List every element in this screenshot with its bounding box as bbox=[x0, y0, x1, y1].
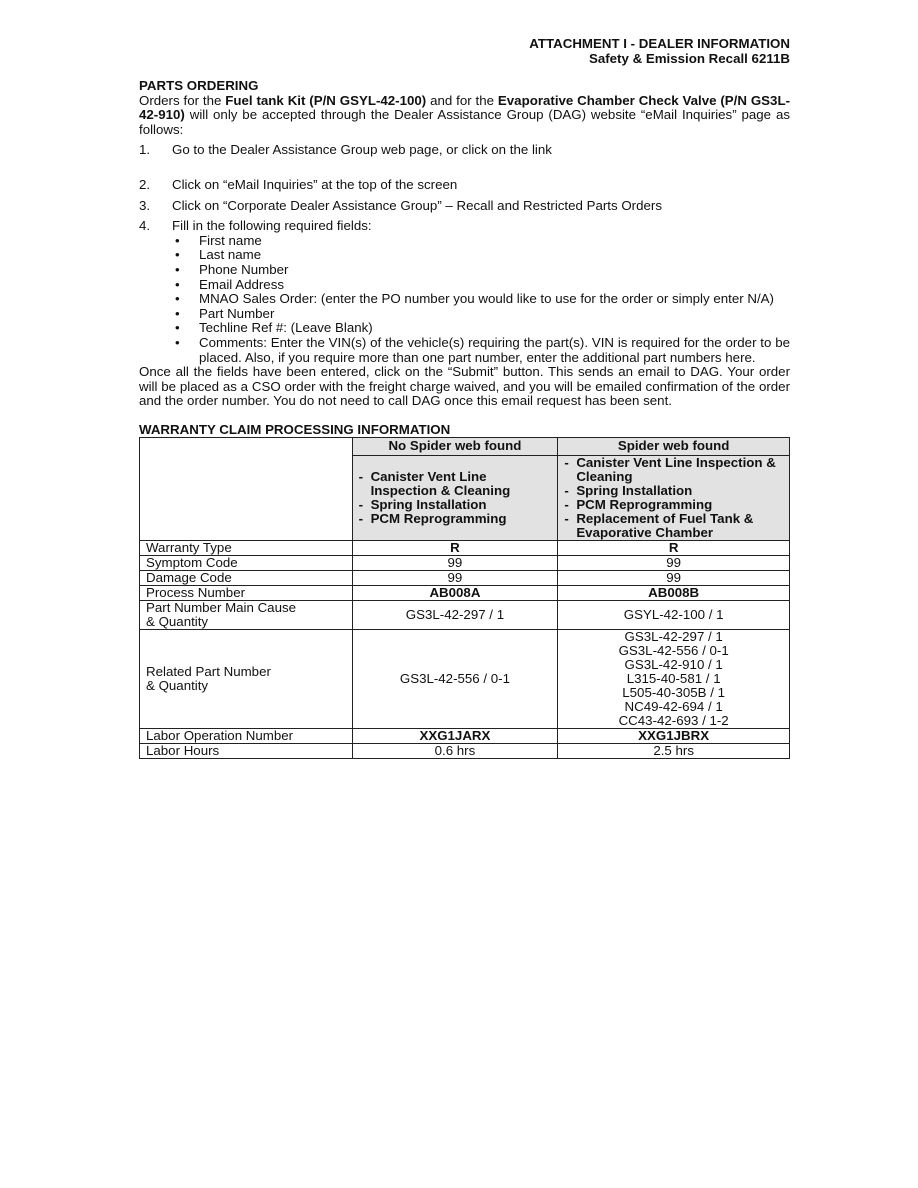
field-item: •Last name bbox=[172, 248, 790, 263]
field-text: Last name bbox=[199, 247, 261, 262]
field-item: •Techline Ref #: (Leave Blank) bbox=[172, 321, 790, 336]
field-item: •Phone Number bbox=[172, 263, 790, 278]
procedure-text: Replacement of Fuel Tank & Evaporative C… bbox=[576, 511, 753, 540]
procedure-item: -Spring Installation bbox=[359, 498, 552, 512]
value-spider: AB008B bbox=[558, 585, 790, 600]
bullet-icon: • bbox=[175, 278, 180, 293]
value-no-spider: XXG1JARX bbox=[352, 728, 558, 743]
field-text: Phone Number bbox=[199, 262, 288, 277]
closing-paragraph: Once all the fields have been entered, c… bbox=[139, 365, 790, 409]
value-no-spider: 0.6 hrs bbox=[352, 743, 558, 758]
field-text: Comments: Enter the VIN(s) of the vehicl… bbox=[199, 335, 790, 365]
step-item: 4.Fill in the following required fields:… bbox=[139, 219, 790, 365]
field-item: •MNAO Sales Order: (enter the PO number … bbox=[172, 292, 790, 307]
procedure-text: Canister Vent Line Inspection & Cleaning bbox=[371, 469, 511, 498]
required-fields-list: •First name•Last name•Phone Number•Email… bbox=[172, 234, 790, 365]
value-no-spider: 99 bbox=[352, 555, 558, 570]
column-header-spider: Spider web found bbox=[558, 437, 790, 455]
value-no-spider: GS3L-42-556 / 0-1 bbox=[352, 629, 558, 728]
row-label: Process Number bbox=[140, 585, 353, 600]
recall-title: Safety & Emission Recall 6211B bbox=[139, 51, 790, 66]
value-spider: 99 bbox=[558, 555, 790, 570]
field-item: •First name bbox=[172, 234, 790, 249]
procedure-text: Canister Vent Line Inspection & Cleaning bbox=[576, 455, 776, 484]
blank-header-cell bbox=[140, 437, 353, 540]
row-label: Labor Operation Number bbox=[140, 728, 353, 743]
table-row: Damage Code9999 bbox=[140, 570, 790, 585]
value-spider: GS3L-42-297 / 1GS3L-42-556 / 0-1GS3L-42-… bbox=[558, 629, 790, 728]
column-header-no-spider: No Spider web found bbox=[352, 437, 558, 455]
bullet-icon: • bbox=[175, 234, 180, 249]
step-number: 1. bbox=[139, 143, 150, 158]
intro-text: will only be accepted through the Dealer… bbox=[139, 107, 790, 137]
dash-icon: - bbox=[359, 498, 363, 512]
value-spider: 2.5 hrs bbox=[558, 743, 790, 758]
field-text: MNAO Sales Order: (enter the PO number y… bbox=[199, 291, 774, 306]
field-text: Techline Ref #: (Leave Blank) bbox=[199, 320, 373, 335]
table-row: Part Number Main Cause& QuantityGS3L-42-… bbox=[140, 600, 790, 629]
procedure-item: -Replacement of Fuel Tank & Evaporative … bbox=[564, 512, 783, 540]
value-spider: R bbox=[558, 540, 790, 555]
document-page: ATTACHMENT I - DEALER INFORMATION Safety… bbox=[139, 36, 790, 759]
value-no-spider: 99 bbox=[352, 570, 558, 585]
procedure-item: -PCM Reprogramming bbox=[359, 512, 552, 526]
row-label: Symptom Code bbox=[140, 555, 353, 570]
field-text: First name bbox=[199, 233, 262, 248]
bullet-icon: • bbox=[175, 307, 180, 322]
value-spider: GSYL-42-100 / 1 bbox=[558, 600, 790, 629]
attachment-title: ATTACHMENT I - DEALER INFORMATION bbox=[139, 36, 790, 51]
attachment-header: ATTACHMENT I - DEALER INFORMATION Safety… bbox=[139, 36, 790, 66]
table-row: Labor Operation NumberXXG1JARXXXG1JBRX bbox=[140, 728, 790, 743]
step-text: Click on “eMail Inquiries” at the top of… bbox=[172, 177, 457, 192]
field-item: •Part Number bbox=[172, 307, 790, 322]
table-row: Labor Hours0.6 hrs2.5 hrs bbox=[140, 743, 790, 758]
step-text: Click on “Corporate Dealer Assistance Gr… bbox=[172, 198, 662, 213]
dash-icon: - bbox=[564, 484, 568, 498]
ordering-steps: 1.Go to the Dealer Assistance Group web … bbox=[139, 143, 790, 365]
dash-icon: - bbox=[564, 512, 568, 526]
fuel-tank-kit-part: Fuel tank Kit (P/N GSYL-42-100) bbox=[225, 93, 426, 108]
dash-icon: - bbox=[359, 512, 363, 526]
table-row: Related Part Number& QuantityGS3L-42-556… bbox=[140, 629, 790, 728]
bullet-icon: • bbox=[175, 321, 180, 336]
bullet-icon: • bbox=[175, 248, 180, 263]
warranty-heading: WARRANTY CLAIM PROCESSING INFORMATION bbox=[139, 423, 790, 437]
procedures-no-spider: -Canister Vent Line Inspection & Cleanin… bbox=[352, 455, 558, 540]
row-label: Part Number Main Cause& Quantity bbox=[140, 600, 353, 629]
procedure-text: PCM Reprogramming bbox=[371, 511, 507, 526]
procedure-text: PCM Reprogramming bbox=[576, 497, 712, 512]
dash-icon: - bbox=[564, 498, 568, 512]
procedure-item: -Canister Vent Line Inspection & Cleanin… bbox=[359, 470, 552, 498]
procedures-spider: -Canister Vent Line Inspection & Cleanin… bbox=[558, 455, 790, 540]
value-no-spider: R bbox=[352, 540, 558, 555]
table-row: Symptom Code9999 bbox=[140, 555, 790, 570]
field-text: Part Number bbox=[199, 306, 274, 321]
dash-icon: - bbox=[359, 470, 363, 484]
field-item: •Email Address bbox=[172, 278, 790, 293]
value-spider: XXG1JBRX bbox=[558, 728, 790, 743]
procedure-item: -PCM Reprogramming bbox=[564, 498, 783, 512]
dash-icon: - bbox=[564, 456, 568, 470]
bullet-icon: • bbox=[175, 292, 180, 307]
intro-text: Orders for the bbox=[139, 93, 225, 108]
value-no-spider: AB008A bbox=[352, 585, 558, 600]
procedure-text: Spring Installation bbox=[576, 483, 692, 498]
value-no-spider: GS3L-42-297 / 1 bbox=[352, 600, 558, 629]
procedure-item: -Spring Installation bbox=[564, 484, 783, 498]
table-row: Warranty TypeRR bbox=[140, 540, 790, 555]
row-label: Warranty Type bbox=[140, 540, 353, 555]
step-item: 3.Click on “Corporate Dealer Assistance … bbox=[139, 199, 790, 214]
parts-ordering-heading: PARTS ORDERING bbox=[139, 79, 790, 94]
bullet-icon: • bbox=[175, 336, 180, 351]
warranty-table: No Spider web found Spider web found -Ca… bbox=[139, 437, 790, 759]
field-text: Email Address bbox=[199, 277, 284, 292]
procedure-list: -Canister Vent Line Inspection & Cleanin… bbox=[564, 456, 783, 540]
step-number: 3. bbox=[139, 199, 150, 214]
table-header-row: No Spider web found Spider web found bbox=[140, 437, 790, 455]
row-label: Damage Code bbox=[140, 570, 353, 585]
step-text: Fill in the following required fields: bbox=[172, 218, 372, 233]
step-number: 4. bbox=[139, 219, 150, 234]
step-text: Go to the Dealer Assistance Group web pa… bbox=[172, 142, 552, 157]
procedure-item: -Canister Vent Line Inspection & Cleanin… bbox=[564, 456, 783, 484]
step-item: 2.Click on “eMail Inquiries” at the top … bbox=[139, 178, 790, 193]
bullet-icon: • bbox=[175, 263, 180, 278]
intro-text: and for the bbox=[426, 93, 498, 108]
field-item: •Comments: Enter the VIN(s) of the vehic… bbox=[172, 336, 790, 365]
step-number: 2. bbox=[139, 178, 150, 193]
row-label: Labor Hours bbox=[140, 743, 353, 758]
procedure-list: -Canister Vent Line Inspection & Cleanin… bbox=[359, 470, 552, 526]
procedure-text: Spring Installation bbox=[371, 497, 487, 512]
step-item: 1.Go to the Dealer Assistance Group web … bbox=[139, 143, 790, 158]
table-row: Process NumberAB008AAB008B bbox=[140, 585, 790, 600]
parts-ordering-intro: Orders for the Fuel tank Kit (P/N GSYL-4… bbox=[139, 94, 790, 138]
row-label: Related Part Number& Quantity bbox=[140, 629, 353, 728]
value-spider: 99 bbox=[558, 570, 790, 585]
